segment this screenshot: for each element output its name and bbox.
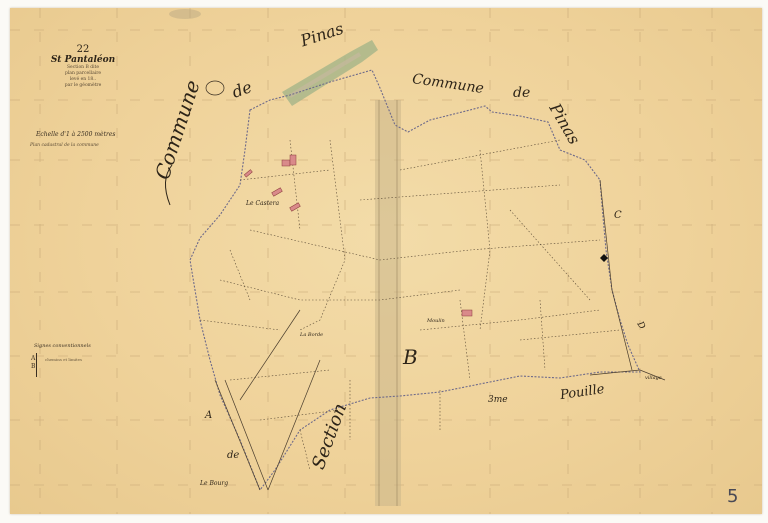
legend-text: chemins et limites	[45, 357, 82, 363]
label-de-small: de	[227, 450, 239, 461]
scale-title: Echelle d'1 à 2500 mètres	[36, 131, 115, 138]
label-le-bourg: Le Bourg	[200, 480, 228, 487]
label-la-borde: La Borde	[300, 332, 323, 338]
legend-box: A B chemins et limites	[36, 353, 97, 377]
label-village: village	[645, 375, 662, 381]
roads	[215, 180, 665, 490]
label-moulin: Moulin	[427, 318, 445, 324]
label-le-castera: Le Castera	[246, 200, 279, 207]
title-cartouche: 22 St Pantaléon Section B dite plan parc…	[44, 44, 122, 89]
legend-title: Signes conventionnels	[34, 343, 91, 349]
label-section-letter: B	[403, 345, 418, 369]
map-number: 22	[44, 44, 122, 55]
label-c-right: C	[614, 210, 622, 221]
cartouche-line: par le géomètre	[44, 83, 122, 89]
sheet-number: 5	[727, 486, 738, 507]
label-a: A	[205, 410, 212, 421]
commune-title: St Pantaléon	[44, 55, 122, 65]
label-3me: 3me	[488, 395, 508, 405]
scale-subtitle: Plan cadastral de la commune	[30, 143, 99, 149]
parcel-lines	[200, 140, 620, 470]
label-de-top: de	[513, 85, 530, 101]
legend-mark-b: B	[31, 363, 35, 370]
legend-mark-a: A	[31, 355, 35, 362]
